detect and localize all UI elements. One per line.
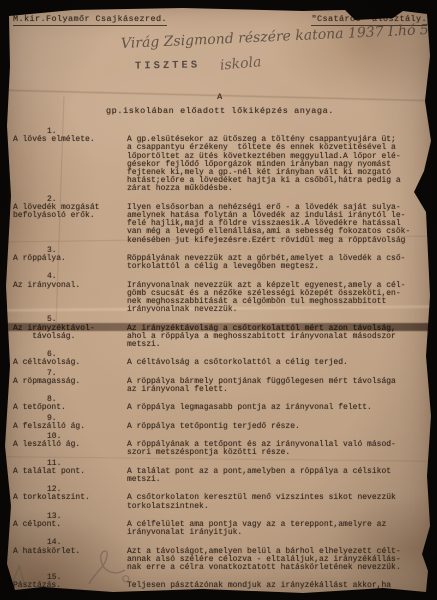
definition-row: 3.A röppálya. Röppályának nevezzük azt a…: [13, 247, 427, 272]
item-term: A torkolatszint.: [13, 494, 119, 502]
definition-row: 7.A röpmagasság. A röppálya bármely pont…: [13, 370, 427, 395]
item-term: A hatáskörlet.: [13, 548, 119, 556]
definition-row: 10.A leszálló ág. A röppályának a tetőpo…: [13, 433, 427, 458]
item-term: A célpont.: [13, 521, 119, 529]
item-definition: A röppálya tetőpontig terjedő része.: [127, 415, 427, 431]
item-term: A röppálya.: [13, 255, 119, 263]
item-term: A leszálló ág.: [13, 441, 119, 449]
item-term: A találat pont.: [13, 468, 119, 476]
photo-backdrop: M.kir.Folyamőr Csajkásezred. "Csatáros" …: [0, 0, 437, 600]
item-term: A lövedék mozgását befolyásoló erők.: [13, 204, 119, 220]
item-definition: Röppályának nevezzük azt a görbét,amelye…: [127, 247, 427, 272]
item-definition: Ilyen elsősorban a nehézségi erő - a löv…: [127, 196, 427, 245]
item-term: A tetőpont.: [13, 404, 119, 412]
definition-row: 6.A céltávolság. A céltávolság a csőtork…: [13, 351, 427, 367]
item-definition: Teljesen pásztázónak mondjuk az irányzék…: [127, 574, 427, 590]
item-definition: Azt a távolságot,amelyen belül a bárhol …: [127, 539, 427, 572]
item-definition: A találat pont az a pont,amelyben a röpp…: [127, 460, 427, 485]
definition-row: 13.A célpont. A célfelület ama pontja va…: [13, 513, 427, 538]
item-term: Pásztázás.: [13, 582, 119, 590]
definition-row: 12.A torkolatszint. A csőtorkolaton kere…: [13, 486, 427, 511]
item-definition: A gp.elsütésekor az ütőszeg a töltény cs…: [127, 128, 427, 194]
item-term: A röpmagasság.: [13, 378, 119, 386]
definition-row-folded: 5.Az irányzéktávol- távolság. Az irányzé…: [13, 316, 427, 349]
header-unit-left: M.kir.Folyamőr Csajkásezred.: [13, 14, 167, 26]
definition-row: 8.A tetőpont. A röppálya legmagasabb pon…: [13, 396, 427, 412]
document-paper: M.kir.Folyamőr Csajkásezred. "Csatáros" …: [3, 6, 433, 596]
item-term: A lövés elmélete.: [13, 136, 119, 144]
handwritten-word-iskola: iskola: [219, 54, 262, 74]
item-term: Az irányzéktávol- távolság.: [13, 325, 119, 341]
item-definition: Irányvonalnak nevezzük azt a képzelt egy…: [127, 273, 427, 314]
item-term: A céltávolság.: [13, 359, 119, 367]
item-definition: A csőtorkolaton keresztül menő vizszinte…: [127, 486, 427, 511]
definition-row: 9.A felszálló ág. A röppálya tetőpontig …: [13, 415, 427, 431]
handwritten-dedication: Virág Zsigmond részére katona 1937 I.hó …: [121, 22, 427, 52]
definition-row: 4.Az irányvonal. Irányvonalnak nevezzük …: [13, 273, 427, 314]
item-term: A felszálló ág.: [13, 423, 119, 431]
item-definition: A röppályának a tetőpont és az irányvona…: [127, 433, 427, 458]
tisztes-stamp: TISZTES: [135, 59, 200, 72]
definition-row: 2.A lövedék mozgását befolyásoló erők. I…: [13, 196, 427, 245]
stamp-row: TISZTES iskola: [135, 56, 427, 72]
title-letter: A: [13, 92, 427, 102]
item-definition: A röppálya bármely pontjának függőlegese…: [127, 370, 427, 395]
definition-row: 14.A hatáskörlet. Azt a távolságot,amely…: [13, 539, 427, 572]
definition-row: 11.A találat pont. A találat pont az a p…: [13, 460, 427, 485]
item-term: Az irányvonal.: [13, 282, 119, 290]
definition-list: 1.A lövés elmélete. A gp.elsütésekor az …: [13, 128, 427, 591]
document-title: A gp.iskolában előadott lőkiképzés anyag…: [13, 92, 427, 116]
title-subtitle: gp.iskolában előadott lőkiképzés anyaga.: [13, 106, 427, 116]
item-definition: A röppálya legmagasabb pontja az irányvo…: [127, 396, 427, 412]
item-definition: A céltávolság a csőtorkolattól a célig t…: [127, 351, 427, 367]
item-definition: A célfelület ama pontja vagy az a terepp…: [127, 513, 427, 538]
item-definition: Az irányzéktávolság a csőtorkolattól mér…: [127, 316, 427, 349]
definition-row: 15.Pásztázás. Teljesen pásztázónak mondj…: [13, 574, 427, 590]
definition-row: 1.A lövés elmélete. A gp.elsütésekor az …: [13, 128, 427, 194]
